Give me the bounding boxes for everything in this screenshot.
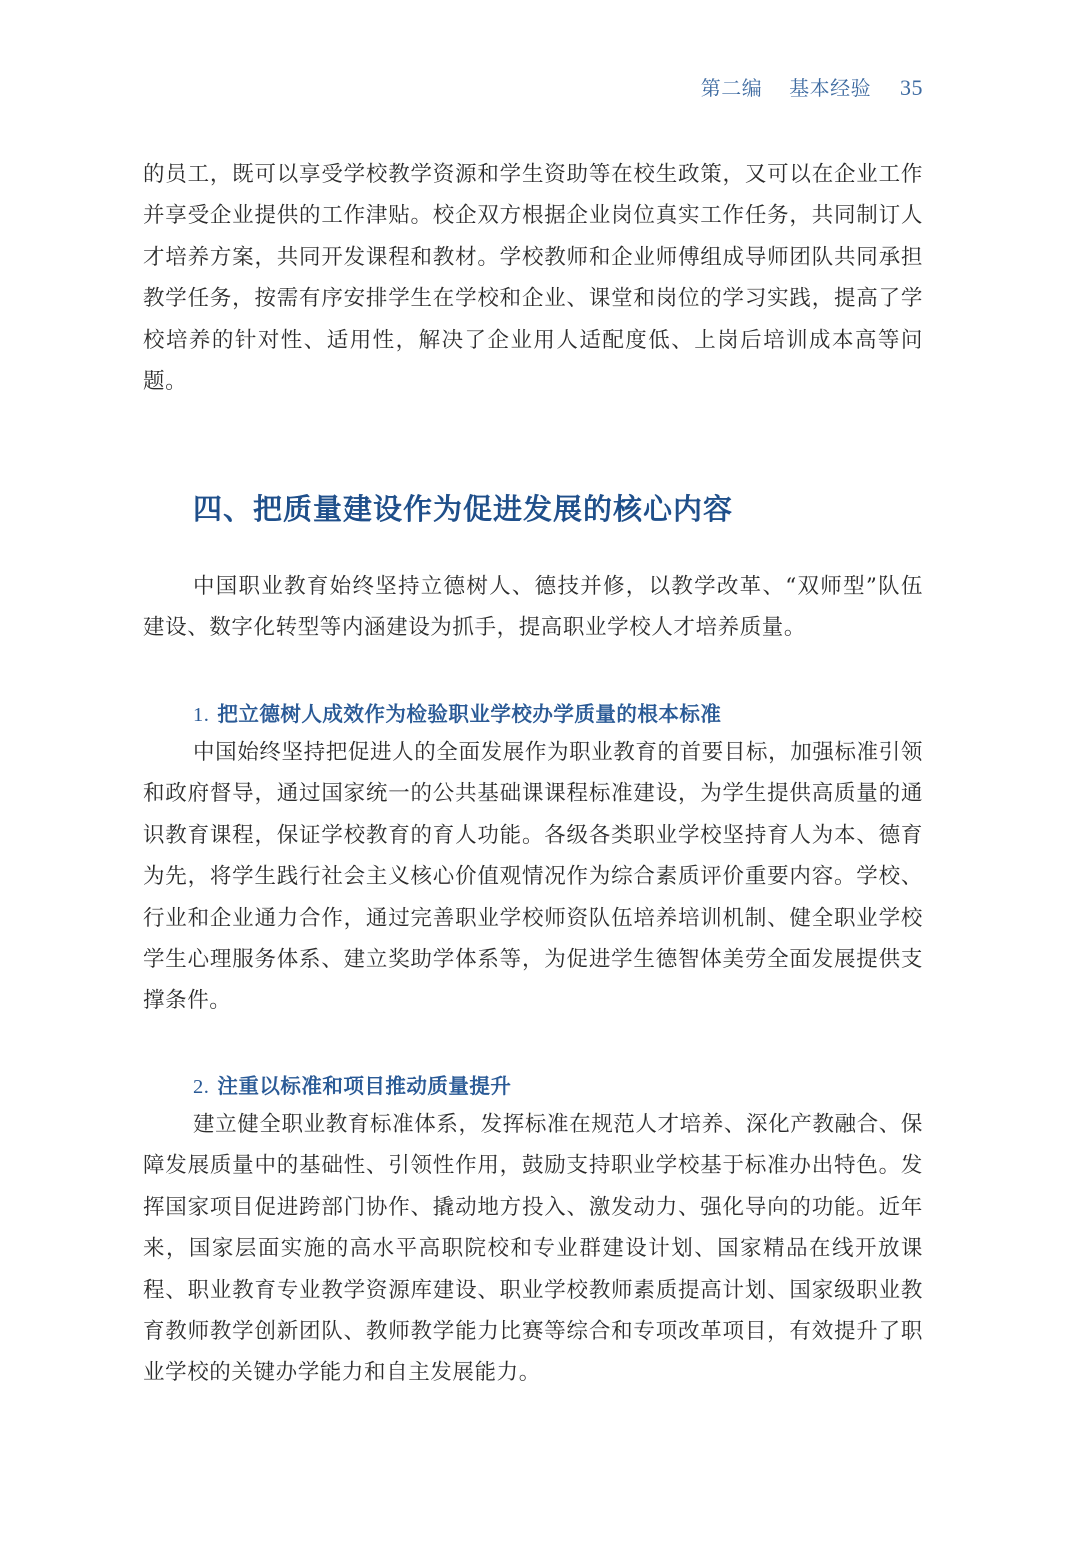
continuation-paragraph: 的员工，既可以享受学校教学资源和学生资助等在校生政策，又可以在企业工作并享受企业… [143, 154, 923, 402]
continuation-block: 的员工，既可以享受学校教学资源和学生资助等在校生政策，又可以在企业工作并享受企业… [143, 154, 923, 402]
page-number: 35 [900, 75, 923, 100]
subsection-1-body: 中国始终坚持把促进人的全面发展作为职业教育的首要目标，加强标准引领和政府督导，通… [143, 732, 923, 1022]
subsection-2-title-text: 注重以标准和项目推动质量提升 [217, 1074, 511, 1098]
running-header: 第二编 基本经验 35 [701, 72, 923, 101]
subsection-2-title: 2.注重以标准和项目推动质量提升 [193, 1069, 511, 1099]
subsection-1-paragraph: 中国始终坚持把促进人的全面发展作为职业教育的首要目标，加强标准引领和政府督导，通… [143, 732, 923, 1022]
header-part: 第二编 [701, 76, 763, 100]
section-title: 四、把质量建设作为促进发展的核心内容 [193, 487, 733, 528]
subsection-2-number: 2. [193, 1076, 209, 1098]
subsection-1-title: 1.把立德树人成效作为检验职业学校办学质量的根本标准 [193, 697, 721, 727]
subsection-1-title-text: 把立德树人成效作为检验职业学校办学质量的根本标准 [217, 702, 721, 726]
subsection-2-paragraph: 建立健全职业教育标准体系，发挥标准在规范人才培养、深化产教融合、保障发展质量中的… [143, 1104, 923, 1394]
subsection-2-body: 建立健全职业教育标准体系，发挥标准在规范人才培养、深化产教融合、保障发展质量中的… [143, 1104, 923, 1394]
section-intro-paragraph: 中国职业教育始终坚持立德树人、德技并修，以教学改革、“双师型”队伍建设、数字化转… [143, 566, 923, 649]
section-intro-block: 中国职业教育始终坚持立德树人、德技并修，以教学改革、“双师型”队伍建设、数字化转… [143, 566, 923, 649]
subsection-1-number: 1. [193, 704, 209, 726]
header-chapter: 基本经验 [789, 76, 871, 100]
